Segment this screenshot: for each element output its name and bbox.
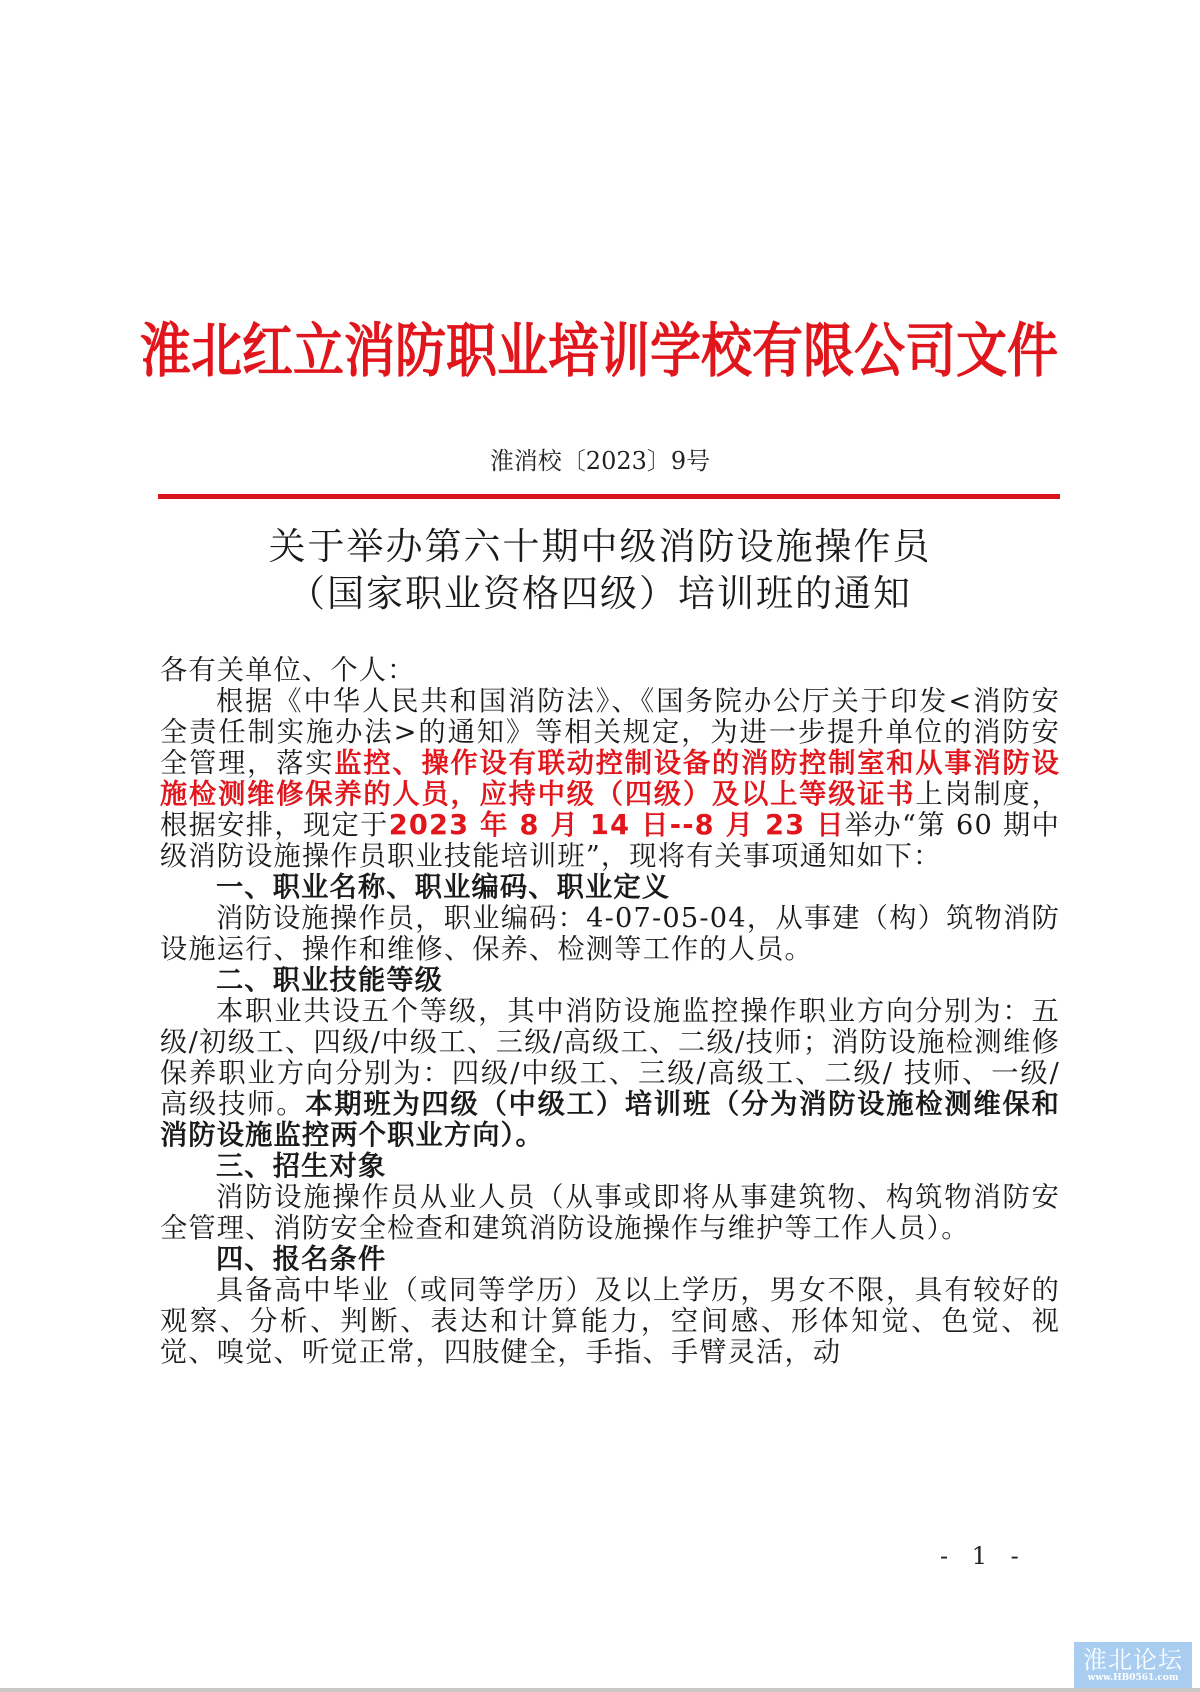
section-heading-2: 二、职业技能等级 <box>160 965 1060 996</box>
section-paragraph-2: 本职业共设五个等级，其中消防设施监控操作职业方向分别为：五级/初级工、四级/中级… <box>160 996 1060 1151</box>
document-header-title: 淮北红立消防职业培训学校有限公司文件 <box>140 318 1070 387</box>
notice-title: 关于举办第六十期中级消防设施操作员 （国家职业资格四级）培训班的通知 <box>0 523 1200 617</box>
bottom-border <box>0 1688 1200 1692</box>
red-divider-rule <box>158 494 1060 499</box>
page-number: - 1 - <box>940 1542 1027 1570</box>
section-heading-1: 一、职业名称、职业编码、职业定义 <box>160 872 1060 903</box>
salutation: 各有关单位、个人： <box>160 655 1060 686</box>
intro-highlight-dates: 2023 年 8 月 14 日--8 月 23 日 <box>389 810 845 841</box>
notice-title-line-1: 关于举办第六十期中级消防设施操作员 <box>0 523 1200 570</box>
section-text-4: 具备高中毕业（或同等学历）及以上学历，男女不限，具有较好的观察、分析、判断、表达… <box>160 1275 1060 1368</box>
section-heading-3: 三、招生对象 <box>160 1151 1060 1182</box>
document-number: 淮消校〔2023〕9号 <box>0 446 1200 476</box>
section-text-1: 消防设施操作员，职业编码：4-07-05-04，从事建（构）筑物消防设施运行、操… <box>160 903 1060 965</box>
watermark-url: www.HB0561.com <box>1088 1673 1179 1684</box>
forum-watermark: 淮北论坛 www.HB0561.com <box>1074 1642 1192 1688</box>
intro-paragraph: 根据《中华人民共和国消防法》、《国务院办公厅关于印发<消防安全责任制实施办法>的… <box>160 686 1060 872</box>
watermark-logo: 淮北论坛 <box>1083 1647 1183 1673</box>
section-heading-4: 四、报名条件 <box>160 1244 1060 1275</box>
section-text-3: 消防设施操作员从业人员（从事或即将从事建筑物、构筑物消防安全管理、消防安全检查和… <box>160 1182 1060 1244</box>
notice-title-line-2: （国家职业资格四级）培训班的通知 <box>0 570 1200 617</box>
document-body: 各有关单位、个人： 根据《中华人民共和国消防法》、《国务院办公厅关于印发<消防安… <box>160 655 1060 1368</box>
